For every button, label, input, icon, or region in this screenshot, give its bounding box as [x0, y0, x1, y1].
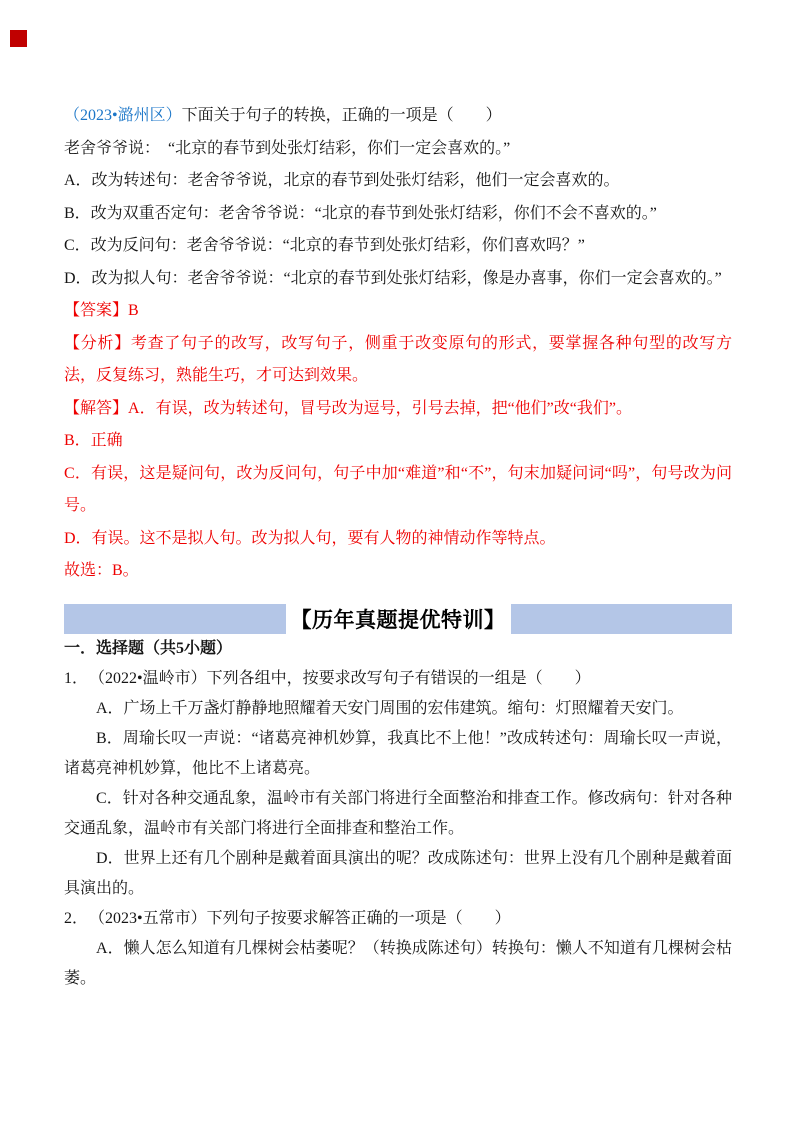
- example-option-d: D．改为拟人句：老舍爷爷说：“北京的春节到处张灯结彩，像是办喜事，你们一定会喜欢…: [64, 263, 732, 296]
- question-2-text: 下列句子按要求解答正确的一项是（ ）: [207, 910, 511, 927]
- banner-title: 【历年真题提优特训】: [291, 604, 506, 634]
- example-option-a: A．改为转述句：老舍爷爷说，北京的春节到处张灯结彩，他们一定会喜欢的。: [64, 165, 732, 198]
- question-2-line: 2．（2023•五常市）下列句子按要求解答正确的一项是（ ）: [64, 904, 732, 934]
- example-option-b: B．改为双重否定句：老舍爷爷说：“北京的春节到处张灯结彩，你们不会不喜欢的。”: [64, 198, 732, 231]
- analysis-text: 考查了句子的改写，改写句子，侧重于改变原句的形式，要掌握各种句型的改写方法，反复…: [64, 335, 732, 385]
- banner-bar-left: [64, 604, 286, 634]
- banner-bar-right: [511, 604, 733, 634]
- explain-line-b: B．正确: [64, 425, 732, 458]
- exercise-block: 一．选择题（共5小题） 1．（2022•温岭市）下列各组中，按要求改写句子有错误…: [64, 634, 732, 994]
- explain-line-d: D．有误。这不是拟人句。改为拟人句，要有人物的神情动作等特点。: [64, 523, 732, 556]
- question-2-number: 2．: [64, 910, 88, 927]
- example-source: （2023•潞州区）: [64, 107, 182, 124]
- question-2-option-a: A．懒人怎么知道有几棵树会枯萎呢？（转换成陈述句）转换句：懒人不知道有几棵树会枯…: [64, 934, 732, 994]
- section-heading: 一．选择题（共5小题）: [64, 634, 732, 664]
- example-question-text: 下面关于句子的转换，正确的一项是（ ）: [182, 107, 502, 124]
- section-banner: 【历年真题提优特训】: [64, 604, 732, 634]
- explain-line-a: 【解答】A．有误，改为转述句，冒号改为逗号，引号去掉，把“他们”改“我们”。: [64, 393, 732, 426]
- red-square-watermark: [10, 30, 27, 47]
- question-1-option-b: B．周瑜长叹一声说：“诸葛亮神机妙算，我真比不上他！”改成转述句：周瑜长叹一声说…: [64, 724, 732, 784]
- example-option-c: C．改为反问句：老舍爷爷说：“北京的春节到处张灯结彩，你们喜欢吗？”: [64, 230, 732, 263]
- explain-line-c: C．有误，这是疑问句，改为反问句，句子中加“难道”和“不”，句末加疑问词“吗”，…: [64, 458, 732, 523]
- answer-line: 【答案】B: [64, 295, 732, 328]
- question-2-source: （2023•五常市）: [97, 910, 207, 927]
- document-content: （2023•潞州区）下面关于句子的转换，正确的一项是（ ） 老舍爷爷说： “北京…: [64, 100, 732, 994]
- analysis-label: 【分析】: [64, 335, 131, 352]
- answer-value: B: [128, 302, 139, 319]
- banner-title-box: 【历年真题提优特训】: [286, 604, 511, 634]
- answer-label: 【答案】: [64, 302, 128, 319]
- document-page: （2023•潞州区）下面关于句子的转换，正确的一项是（ ） 老舍爷爷说： “北京…: [0, 0, 794, 1123]
- question-1-line: 1．（2022•温岭市）下列各组中，按要求改写句子有错误的一组是（ ）: [64, 664, 732, 694]
- question-1-option-a: A．广场上千万盏灯静静地照耀着天安门周围的宏伟建筑。缩句：灯照耀着天安门。: [64, 694, 732, 724]
- explain-text-a: A．有误，改为转述句，冒号改为逗号，引号去掉，把“他们”改“我们”。: [128, 400, 632, 417]
- example-stem: 老舍爷爷说： “北京的春节到处张灯结彩，你们一定会喜欢的。”: [64, 133, 732, 166]
- example-question-line: （2023•潞州区）下面关于句子的转换，正确的一项是（ ）: [64, 100, 732, 133]
- conclusion-line: 故选：B。: [64, 555, 732, 588]
- question-1-option-c: C．针对各种交通乱象，温岭市有关部门将进行全面整治和排查工作。修改病句：针对各种…: [64, 784, 732, 844]
- question-1-text: 下列各组中，按要求改写句子有错误的一组是（ ）: [207, 670, 591, 687]
- analysis-line: 【分析】考查了句子的改写，改写句子，侧重于改变原句的形式，要掌握各种句型的改写方…: [64, 328, 732, 393]
- explain-label: 【解答】: [64, 400, 128, 417]
- question-1-option-d: D．世界上还有几个剧种是戴着面具演出的呢？改成陈述句：世界上没有几个剧种是戴着面…: [64, 844, 732, 904]
- question-1-number: 1．: [64, 670, 88, 687]
- question-1-source: （2022•温岭市）: [97, 670, 207, 687]
